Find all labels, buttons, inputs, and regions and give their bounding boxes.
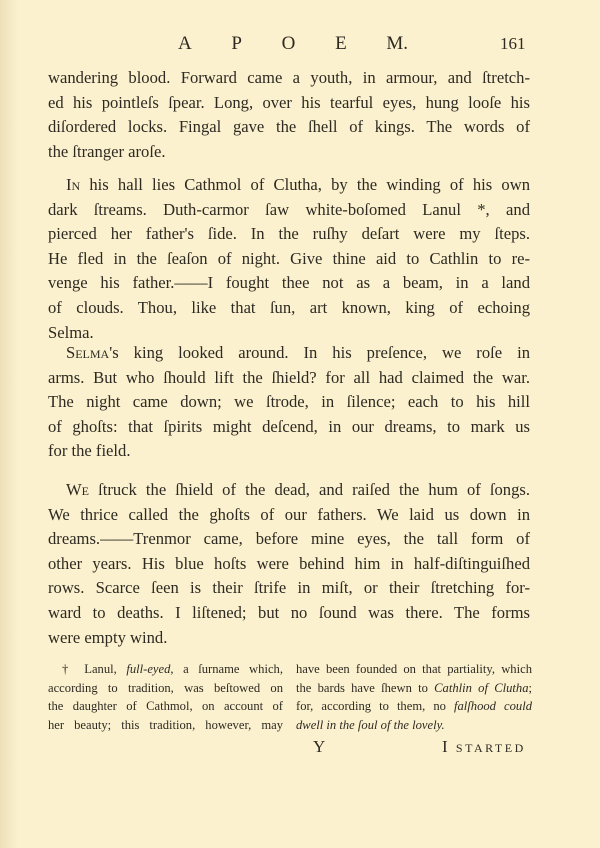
italic-fragment: full-eyed, [126, 662, 173, 676]
text-line: dark ſtreams. Duth-carmor ſaw white-boſo… [48, 198, 530, 223]
running-title-letter: E [335, 33, 347, 55]
text-fragment: the bards have ſhewn to [296, 681, 434, 695]
text-fragment: for, according to them, no [296, 699, 454, 713]
footnote-line: have been founded on that partiality, wh… [296, 660, 532, 679]
running-head: A P O E M. 161 [0, 33, 600, 57]
lead-word: We [66, 480, 89, 499]
paragraph-3: Selma's king looked around. In his preſe… [48, 341, 530, 464]
footnote-line: according to tradition, was beſtowed on [48, 679, 283, 698]
text-fragment: ſtruck the ſhield of the dead, and raiſe… [89, 480, 530, 499]
text-line: rows. Scarce ſeen is their ſtrife in miſ… [48, 576, 530, 601]
page-edge-shadow [0, 0, 18, 848]
italic-fragment: dwell in the ſoul of the lovely. [296, 718, 445, 732]
running-title: A P O E M. [178, 33, 408, 55]
catchword-rest: STARTED [456, 741, 526, 755]
running-title-letter: O [282, 33, 296, 55]
footnote-line: the daughter of Cathmol, on account of [48, 697, 283, 716]
text-line: arms. But who ſhould lift the ſhield? fo… [48, 366, 530, 391]
text-line: We thrice called the ghoſts of our fathe… [48, 503, 530, 528]
footnote-line: for, according to them, no falſhood coul… [296, 697, 532, 716]
footnote-left-column: † Lanul, full-eyed, a ſurname which, acc… [48, 660, 283, 734]
text-fragment: ; [529, 681, 533, 695]
text-line: He fled in the ſeaſon of night. Give thi… [48, 247, 530, 272]
text-line: were empty wind. [48, 626, 530, 651]
text-line: ed his pointleſs ſpear. Long, over his t… [48, 91, 530, 116]
running-title-letter: A [178, 33, 192, 55]
italic-fragment: falſhood could [454, 699, 532, 713]
text-line: We ſtruck the ſhield of the dead, and ra… [48, 478, 530, 503]
footnote-right-column: have been founded on that partiality, wh… [296, 660, 532, 734]
footnote-line: the bards have ſhewn to Cathlin of Cluth… [296, 679, 532, 698]
text-line: The night came down; we ſtrode, in ſilen… [48, 390, 530, 415]
text-line: other years. His blue hoſts were behind … [48, 552, 530, 577]
text-line: wandering blood. Forward came a youth, i… [48, 66, 530, 91]
italic-fragment: Cathlin of Clutha [434, 681, 528, 695]
footnote-line: † Lanul, full-eyed, a ſurname which, [48, 660, 283, 679]
catchword-initial: I [442, 737, 450, 756]
catchword-line: Y I STARTED [0, 737, 600, 759]
text-line: for the field. [48, 439, 530, 464]
text-fragment: 's king looked around. In his preſence, … [109, 343, 530, 362]
text-line: the ſtranger aroſe. [48, 140, 530, 165]
signature-mark: Y [313, 737, 325, 757]
text-line: Selma's king looked around. In his preſe… [48, 341, 530, 366]
footnote-line: dwell in the ſoul of the lovely. [296, 716, 532, 735]
text-line: pierced her father's ſide. In the ruſhy … [48, 222, 530, 247]
text-line: ward to deaths. I liſtened; but no ſound… [48, 601, 530, 626]
page-number: 161 [500, 34, 526, 54]
text-line: of ghoſts: that ſpirits might deſcend, i… [48, 415, 530, 440]
text-fragment: a ſurname which, [174, 662, 283, 676]
text-line: of clouds. Thou, like that ſun, art know… [48, 296, 530, 321]
lead-word: Selma [66, 343, 109, 362]
text-line: venge his father.——I fought thee not as … [48, 271, 530, 296]
paragraph-1: wandering blood. Forward came a youth, i… [48, 66, 530, 164]
footnote: † Lanul, full-eyed, a ſurname which, acc… [48, 660, 532, 734]
paragraph-2: In his hall lies Cathmol of Clutha, by t… [48, 173, 530, 345]
running-title-letter: M. [386, 33, 408, 55]
paragraph-4: We ſtruck the ſhield of the dead, and ra… [48, 478, 530, 650]
lead-word: In [66, 175, 80, 194]
catchword: I STARTED [442, 737, 526, 757]
text-fragment: his hall lies Cathmol of Clutha, by the … [80, 175, 530, 194]
text-fragment: † Lanul, [62, 662, 126, 676]
text-line: dreams.——Trenmor came, before mine eyes,… [48, 527, 530, 552]
text-line: diſordered locks. Fingal gave the ſhell … [48, 115, 530, 140]
text-line: In his hall lies Cathmol of Clutha, by t… [48, 173, 530, 198]
footnote-line: her beauty; this tradition, however, may [48, 716, 283, 735]
running-title-letter: P [231, 33, 242, 55]
